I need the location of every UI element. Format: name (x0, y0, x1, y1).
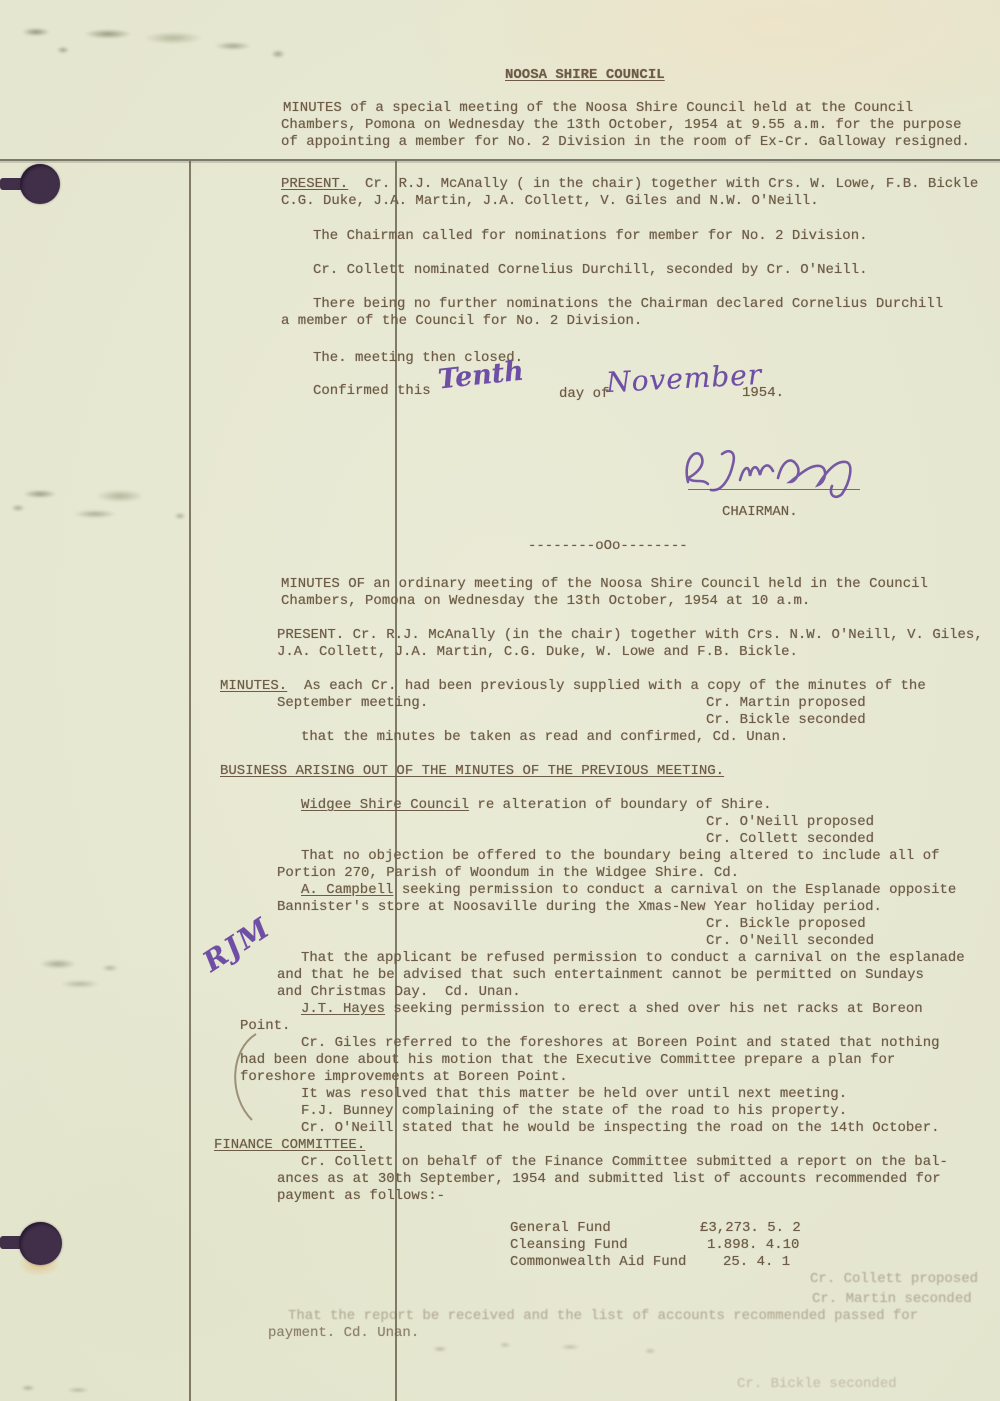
business-heading: BUSINESS ARISING OUT OF THE MINUTES OF T… (220, 763, 724, 780)
section-divider: --------oOo-------- (528, 538, 688, 555)
widgee-resolution2: Portion 270, Parish of Woondum in the Wi… (277, 865, 739, 882)
ink-smudge-top-left (8, 20, 328, 66)
widgee-line: Widgee Shire Council re alteration of bo… (301, 797, 771, 814)
finance-resolution2: payment. Cd. Unan. (268, 1325, 419, 1342)
ink-smudge-bottom-center (410, 1335, 730, 1371)
ink-smudge-lower-left (10, 950, 170, 996)
ink-smudge-bottom-left (8, 1378, 128, 1400)
special-present-line2: C.G. Duke, J.A. Martin, J.A. Collett, V.… (281, 193, 819, 210)
giles-line3: foreshore improvements at Boreen Point. (240, 1069, 568, 1086)
widgee-text: re alteration of boundary of Shire. (469, 797, 771, 813)
handwritten-month: November (605, 358, 763, 399)
hayes-text: seeking permission to erect a shed over … (385, 1001, 923, 1017)
giles-line1: Cr. Giles referred to the foreshores at … (301, 1035, 940, 1052)
minutes-heading: MINUTES. (220, 678, 287, 694)
nominated-line: Cr. Collett nominated Cornelius Durchill… (313, 262, 868, 279)
giles-line2: had been done about his motion that the … (240, 1052, 895, 1069)
minutes-line3: that the minutes be taken as read and co… (301, 729, 788, 746)
ink-smudge-mid-left (0, 480, 230, 530)
chairman-label: CHAIRMAN. (722, 504, 798, 521)
ordinary-present-line2: J.A. Collett, J.A. Martin, C.G. Duke, W.… (277, 644, 798, 661)
margin-bracket (222, 1032, 264, 1126)
punch-hole-bottom (19, 1222, 62, 1265)
finance-report3: payment as follows:- (277, 1188, 445, 1205)
declared-line2: a member of the Council for No. 2 Divisi… (281, 313, 642, 330)
bickle-proposed: Cr. Bickle proposed (706, 916, 866, 933)
present-heading: PRESENT. (281, 176, 348, 192)
fund-name: Cleansing Fund (510, 1237, 628, 1254)
finance-report2: ances as at 30th September, 1954 and sub… (277, 1171, 941, 1188)
fund-amount: 25. 4. 1 (723, 1254, 790, 1271)
martin-seconded-faint: Cr. Martin seconded (812, 1291, 972, 1308)
signature-underline (688, 489, 860, 490)
present-text-2: Cr. R.J. McAnally (in the chair) togethe… (344, 627, 983, 643)
widgee-heading: Widgee Shire Council (301, 797, 469, 813)
ordinary-intro-line1: MINUTES OF an ordinary meeting of the No… (281, 576, 928, 593)
margin-initials: RJM (197, 911, 277, 979)
confirmed-mid: day of (559, 386, 609, 403)
finance-resolution1: That the report be received and the list… (288, 1308, 918, 1325)
bunney-line: F.J. Bunney complaining of the state of … (301, 1103, 847, 1120)
oneill-seconded: Cr. O'Neill seconded (706, 933, 874, 950)
campbell-resolution1: That the applicant be refused permission… (301, 950, 965, 967)
ruled-line-vertical-center (395, 161, 397, 1401)
campbell-text: seeking permission to conduct a carnival… (393, 882, 956, 898)
confirmed-prefix: Confirmed this (313, 383, 431, 400)
ruled-line-vertical-left (189, 161, 191, 1401)
hayes-heading: J.T. Hayes (301, 1001, 385, 1017)
scanned-minutes-page: NOOSA SHIRE COUNCIL MINUTES of a special… (0, 0, 1000, 1401)
oneill-road-line: Cr. O'Neill stated that he would be insp… (301, 1120, 940, 1137)
collett-proposed-faint: Cr. Collett proposed (810, 1271, 978, 1288)
ruled-line-horizontal (0, 159, 1000, 161)
special-intro-line2: Chambers, Pomona on Wednesday the 13th O… (281, 117, 962, 134)
special-present-line1: PRESENT. Cr. R.J. McAnally ( in the chai… (281, 176, 978, 193)
fund-amount: 1.898. 4.10 (707, 1237, 799, 1254)
resolved-line: It was resolved that this matter be held… (301, 1086, 847, 1103)
minutes-line2: September meeting. (277, 695, 428, 712)
hayes-line: J.T. Hayes seeking permission to erect a… (301, 1001, 923, 1018)
confirmed-year: 1954. (742, 385, 784, 402)
finance-heading: FINANCE COMMITTEE. (214, 1137, 365, 1154)
campbell-heading: A. Campbell (301, 882, 393, 898)
fund-amount: £3,273. 5. 2 (700, 1220, 801, 1237)
minutes-text: As each Cr. had been previously supplied… (287, 678, 926, 694)
campbell-line: A. Campbell seeking permission to conduc… (301, 882, 956, 899)
bickle-seconded: Cr. Bickle seconded (706, 712, 866, 729)
fund-name: General Fund (510, 1220, 611, 1237)
special-intro-line3: of appointing a member for No. 2 Divisio… (281, 134, 970, 151)
ordinary-intro-line2: Chambers, Pomona on Wednesday the 13th O… (281, 593, 810, 610)
ghost-text-bottom: Cr. Bickle seconded (737, 1376, 897, 1393)
nominations-line: The Chairman called for nominations for … (313, 228, 868, 245)
campbell-resolution3: and Christmas Day. Cd. Unan. (277, 984, 521, 1001)
campbell-resolution2: and that he be advised that such enterta… (277, 967, 924, 984)
collett-seconded: Cr. Collett seconded (706, 831, 874, 848)
fund-name: Commonwealth Aid Fund (510, 1254, 686, 1271)
declared-line1: There being no further nominations the C… (313, 296, 943, 313)
finance-report1: Cr. Collett on behalf of the Finance Com… (301, 1154, 948, 1171)
chairman-signature (678, 438, 868, 500)
punch-hole-top (20, 164, 60, 204)
special-intro-line1: MINUTES of a special meeting of the Noos… (283, 100, 913, 117)
martin-proposed: Cr. Martin proposed (706, 695, 866, 712)
oneill-proposed: Cr. O'Neill proposed (706, 814, 874, 831)
page-title: NOOSA SHIRE COUNCIL (505, 67, 665, 84)
present-heading-2: PRESENT. (277, 627, 344, 643)
ordinary-present-line1: PRESENT. Cr. R.J. McAnally (in the chair… (277, 627, 983, 644)
widgee-resolution1: That no objection be offered to the boun… (301, 848, 940, 865)
minutes-line1: MINUTES. As each Cr. had been previously… (220, 678, 926, 695)
present-text: Cr. R.J. McAnally ( in the chair) togeth… (348, 176, 978, 192)
campbell-line2: Bannister's store at Noosaville during t… (277, 899, 882, 916)
